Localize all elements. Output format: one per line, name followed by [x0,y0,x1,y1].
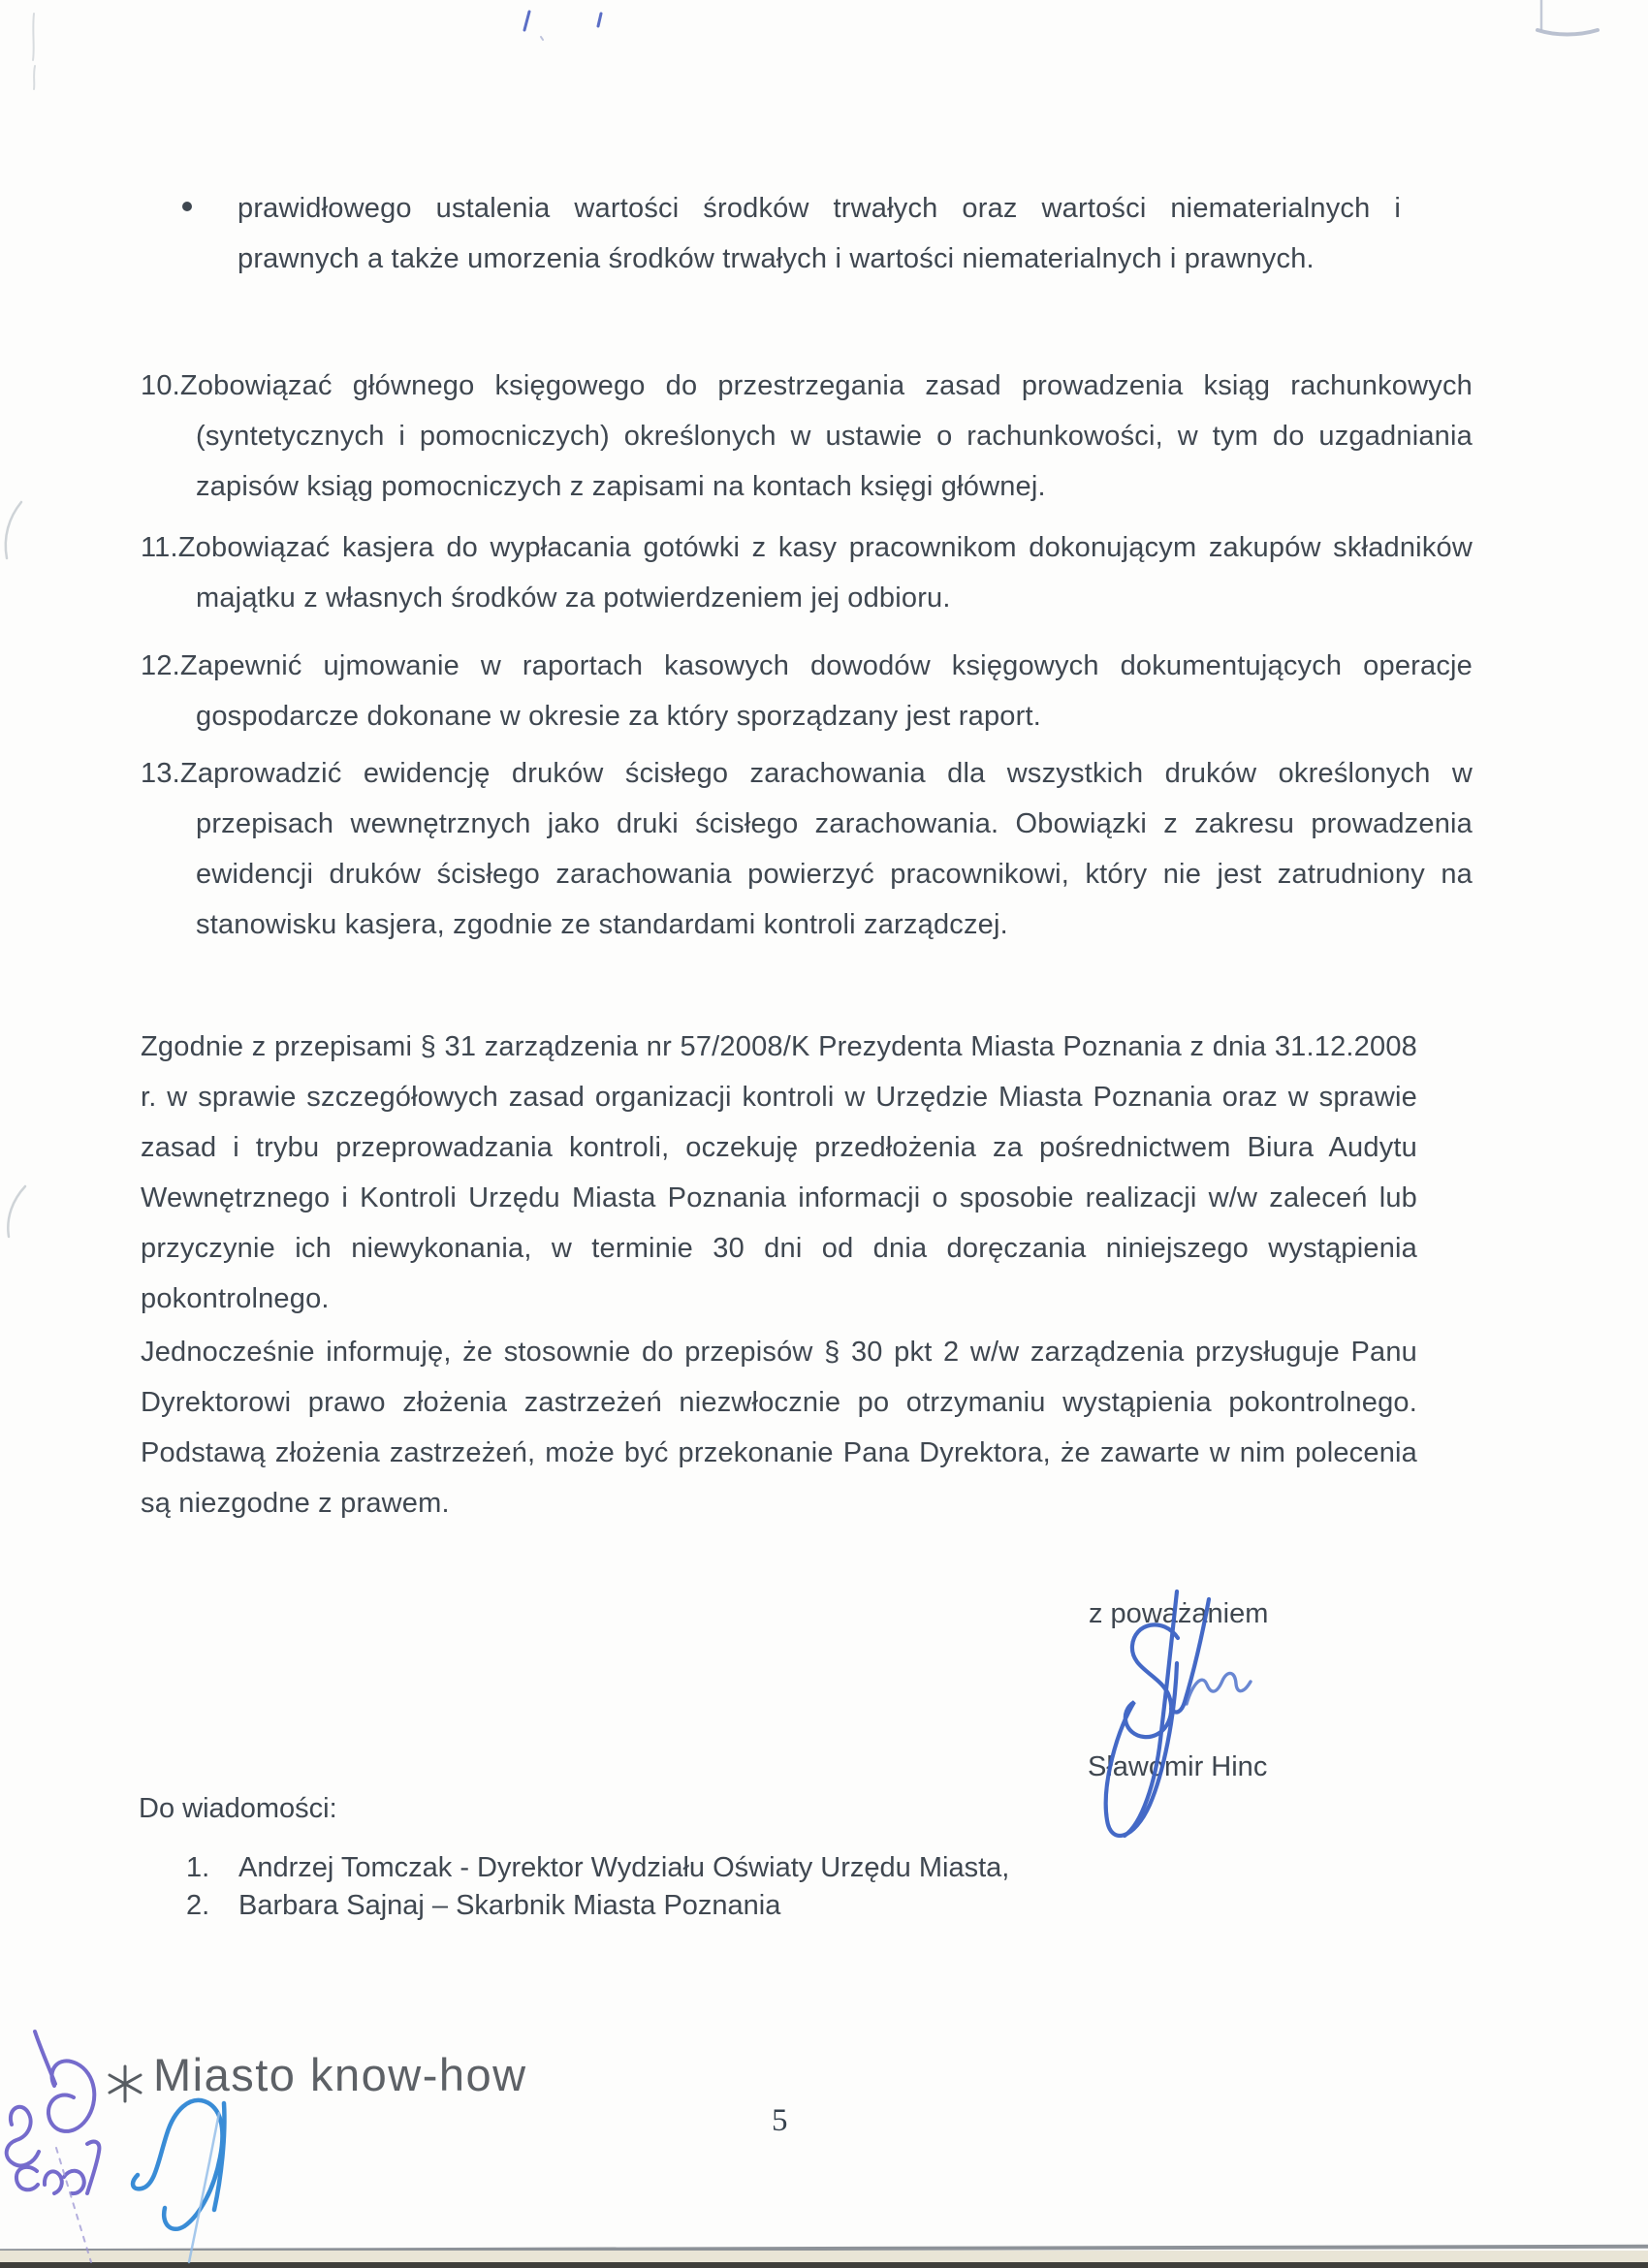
margin-arc-artifacts [6,502,25,1237]
corner-artifact [1537,0,1598,35]
item-13-number: 13. [141,758,180,789]
scan-dark-band [0,2262,1648,2268]
pen-tick-marks [524,12,601,40]
miasto-know-how-logo: Miasto know-how [103,2051,527,2113]
bullet-item-text: prawidłowego ustalenia wartości środków … [238,183,1401,284]
distribution-heading: Do wiadomości: [139,1792,337,1825]
item-10-number: 10. [141,370,180,401]
distribution-entry: 1. Andrzej Tomczak - Dyrektor Wydziału O… [186,1849,1009,1887]
item-13-text: Zaprowadzić ewidencję druków ścisłego za… [180,758,1473,940]
logo-text: Miasto know-how [153,2051,527,2099]
item-11-text: Zobowiązać kasjera do wypłacania gotówki… [178,532,1473,614]
item-10: 10.Zobowiązać głównego księgowego do prz… [141,361,1473,512]
distribution-list: 1. Andrzej Tomczak - Dyrektor Wydziału O… [186,1849,1009,1925]
asterisk-logo-icon [103,2063,147,2113]
distribution-entry-number: 2. [186,1887,238,1925]
item-13: 13.Zaprowadzić ewidencję druków ścisłego… [141,748,1473,950]
distribution-entry-number: 1. [186,1849,238,1887]
item-12-text: Zapewnić ujmowanie w raportach kasowych … [180,650,1473,732]
bullet-icon [182,202,192,211]
paragraph-objections: Jednocześnie informuję, że stosownie do … [141,1327,1417,1528]
item-10-text: Zobowiązać głównego księgowego do przest… [180,370,1473,502]
handwritten-scribble-blue [133,2100,224,2262]
distribution-entry-text: Andrzej Tomczak - Dyrektor Wydziału Oświ… [238,1849,1009,1887]
page-number: 5 [772,2103,788,2139]
item-12: 12.Zapewnić ujmowanie w raportach kasowy… [141,641,1473,741]
distribution-entry-text: Barbara Sajnaj – Skarbnik Miasta Poznani… [238,1887,780,1925]
distribution-entry: 2. Barbara Sajnaj – Skarbnik Miasta Pozn… [186,1887,1009,1925]
scan-speck-topleft [33,14,35,89]
item-11: 11.Zobowiązać kasjera do wypłacania gotó… [141,522,1473,623]
closing-salutation: z poważaniem [1089,1597,1268,1630]
handwritten-scribble-purple [7,2032,100,2262]
signer-name: Sławomir Hinc [1088,1750,1267,1783]
item-11-number: 11. [141,532,178,563]
scanned-letter-page: prawidłowego ustalenia wartości środków … [0,0,1648,2268]
item-12-number: 12. [141,650,180,681]
paragraph-compliance: Zgodnie z przepisami § 31 zarządzenia nr… [141,1022,1417,1324]
